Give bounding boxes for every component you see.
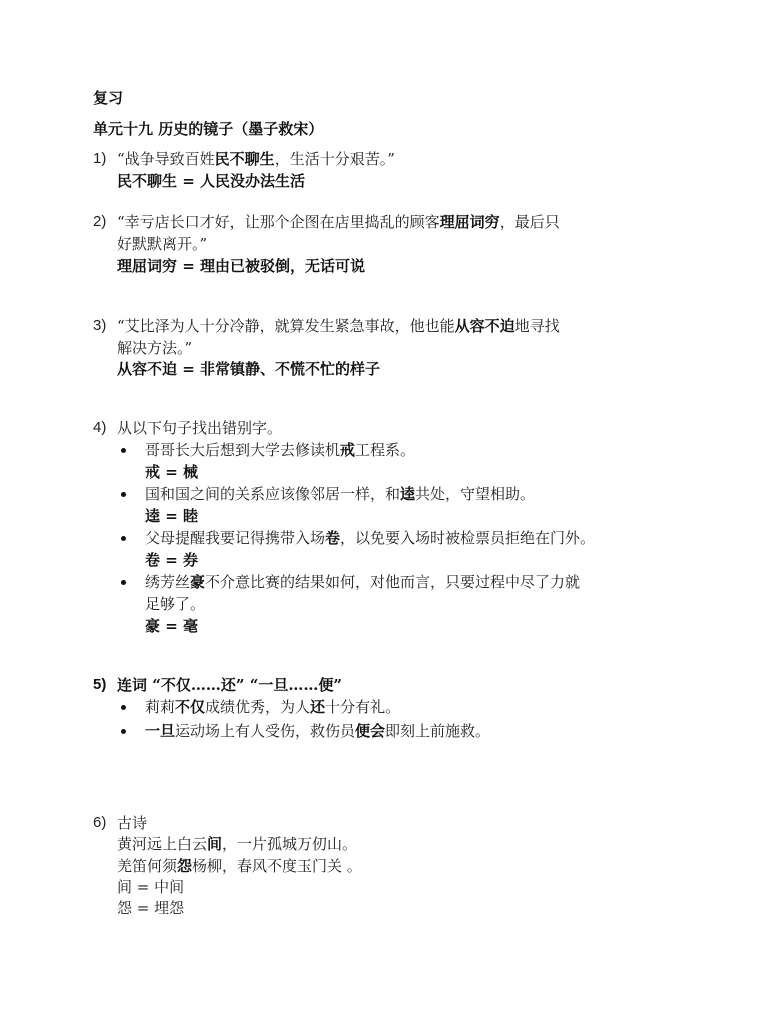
text-segment: 十分有礼。 xyxy=(325,698,400,716)
text-segment: ，最后只 xyxy=(500,213,560,231)
text-segment: 工程系。 xyxy=(355,441,415,459)
item-1-number: 1) xyxy=(93,149,106,169)
item-4-bullet-2: 国和国之间的关系应该像邻居一样，和逵共处，守望相助。 xyxy=(145,484,535,504)
text-segment: 运动场上有人受伤，救伤员 xyxy=(175,722,355,740)
item-3-sentence-line-1: “艾比泽为人十分冷静，就算发生紧急事故，他也能从容不迫地寻找 xyxy=(117,316,560,336)
item-4-bullet-1-answer: 戒 = 械 xyxy=(145,462,198,482)
bullet-icon xyxy=(121,580,126,585)
text-segment: 好默默离开。” xyxy=(117,235,207,253)
item-4-bullet-3: 父母提醒我要记得携带入场卷，以免要入场时被检票员拒绝在门外。 xyxy=(145,528,595,548)
item-4-prompt: 从以下句子找出错别字。 xyxy=(117,418,282,438)
page-title: 复习 xyxy=(93,88,123,108)
item-2-answer: 理屈词穷 = 理由已被驳倒，无话可说 xyxy=(117,256,365,276)
emphasis-text: 间 xyxy=(207,835,222,853)
emphasis-text: 还 xyxy=(310,698,325,716)
poem-answer-1: 间 = 中间 xyxy=(117,877,184,897)
text-segment: 羌笛何须 xyxy=(117,857,177,875)
emphasis-text: 便会 xyxy=(355,722,385,740)
text-segment: 父母提醒我要记得携带入场 xyxy=(145,529,325,547)
item-6-heading: 古诗 xyxy=(117,813,147,833)
item-4-bullet-4-line-1: 绣芳丝豪不介意比赛的结果如何，对他而言，只要过程中尽了力就 xyxy=(145,572,580,592)
item-4-bullet-1: 哥哥长大后想到大学去修读机戒工程系。 xyxy=(145,440,415,460)
bullet-icon xyxy=(121,729,126,734)
emphasis-text: 民不聊生 xyxy=(215,150,275,168)
text-segment: “战争导致百姓 xyxy=(117,150,215,168)
text-segment: ，生活十分艰苦。” xyxy=(275,150,395,168)
item-1-answer: 民不聊生 = 人民没办法生活 xyxy=(117,171,305,191)
emphasis-text: 一旦 xyxy=(145,722,175,740)
item-6-number: 6) xyxy=(93,813,106,833)
emphasis-text: 不仅 xyxy=(175,698,205,716)
emphasis-text: 豪 xyxy=(190,573,205,591)
item-5-heading: 连词 “不仅……还” “一旦……便” xyxy=(117,675,342,695)
text-segment: 国和国之间的关系应该像邻居一样，和 xyxy=(145,485,400,503)
text-segment: ，以免要入场时被检票员拒绝在门外。 xyxy=(340,529,595,547)
bullet-icon xyxy=(121,492,126,497)
unit-heading: 单元十九 历史的镜子（墨子救宋） xyxy=(93,119,323,139)
item-2-sentence-line-1: “幸亏店长口才好，让那个企图在店里捣乱的顾客理屈词穷，最后只 xyxy=(117,212,560,232)
emphasis-text: 卷 xyxy=(325,529,340,547)
item-2-number: 2) xyxy=(93,212,106,232)
bullet-icon xyxy=(121,536,126,541)
text-segment: 地寻找 xyxy=(515,317,560,335)
item-3-number: 3) xyxy=(93,316,106,336)
poem-line-1: 黄河远上白云间，一片孤城万仞山。 xyxy=(117,834,357,854)
poem-line-2: 羌笛何须怨杨柳，春风不度玉门关 。 xyxy=(117,856,362,876)
text-segment: 绣芳丝 xyxy=(145,573,190,591)
text-segment: 黄河远上白云 xyxy=(117,835,207,853)
poem-answer-2: 怨 = 埋怨 xyxy=(117,898,184,918)
text-segment: 不介意比赛的结果如何，对他而言，只要过程中尽了力就 xyxy=(205,573,580,591)
item-4-bullet-3-answer: 卷 = 券 xyxy=(145,550,198,570)
item-4-bullet-4-answer: 豪 = 毫 xyxy=(145,616,198,636)
text-segment: 足够了。 xyxy=(145,595,205,613)
emphasis-text: 怨 xyxy=(177,857,192,875)
item-4-bullet-2-answer: 逵 = 睦 xyxy=(145,506,198,526)
text-segment: 杨柳，春风不度玉门关 。 xyxy=(192,857,362,875)
text-segment: 共处，守望相助。 xyxy=(415,485,535,503)
item-4-bullet-4-line-2: 足够了。 xyxy=(145,594,205,614)
bullet-icon xyxy=(121,448,126,453)
text-segment: “艾比泽为人十分冷静，就算发生紧急事故，他也能 xyxy=(117,317,455,335)
emphasis-text: 理屈词穷 xyxy=(440,213,500,231)
text-segment: “幸亏店长口才好，让那个企图在店里捣乱的顾客 xyxy=(117,213,440,231)
text-segment: 莉莉 xyxy=(145,698,175,716)
item-5-bullet-1: 莉莉不仅成绩优秀，为人还十分有礼。 xyxy=(145,697,400,717)
item-5-number: 5) xyxy=(93,675,106,695)
item-3-answer: 从容不迫 = 非常镇静、不慌不忙的样子 xyxy=(117,359,380,379)
emphasis-text: 逵 xyxy=(400,485,415,503)
item-1-sentence: “战争导致百姓民不聊生，生活十分艰苦。” xyxy=(117,149,395,169)
text-segment: 哥哥长大后想到大学去修读机 xyxy=(145,441,340,459)
emphasis-text: 戒 xyxy=(340,441,355,459)
emphasis-text: 从容不迫 xyxy=(455,317,515,335)
item-4-number: 4) xyxy=(93,418,106,438)
text-segment: 成绩优秀，为人 xyxy=(205,698,310,716)
text-segment: 解决方法。” xyxy=(117,339,192,357)
item-2-sentence-line-2: 好默默离开。” xyxy=(117,234,207,254)
text-segment: 即刻上前施救。 xyxy=(385,722,490,740)
bullet-icon xyxy=(121,705,126,710)
text-segment: ，一片孤城万仞山。 xyxy=(222,835,357,853)
item-3-sentence-line-2: 解决方法。” xyxy=(117,338,192,358)
item-5-bullet-2: 一旦运动场上有人受伤，救伤员便会即刻上前施救。 xyxy=(145,721,490,741)
